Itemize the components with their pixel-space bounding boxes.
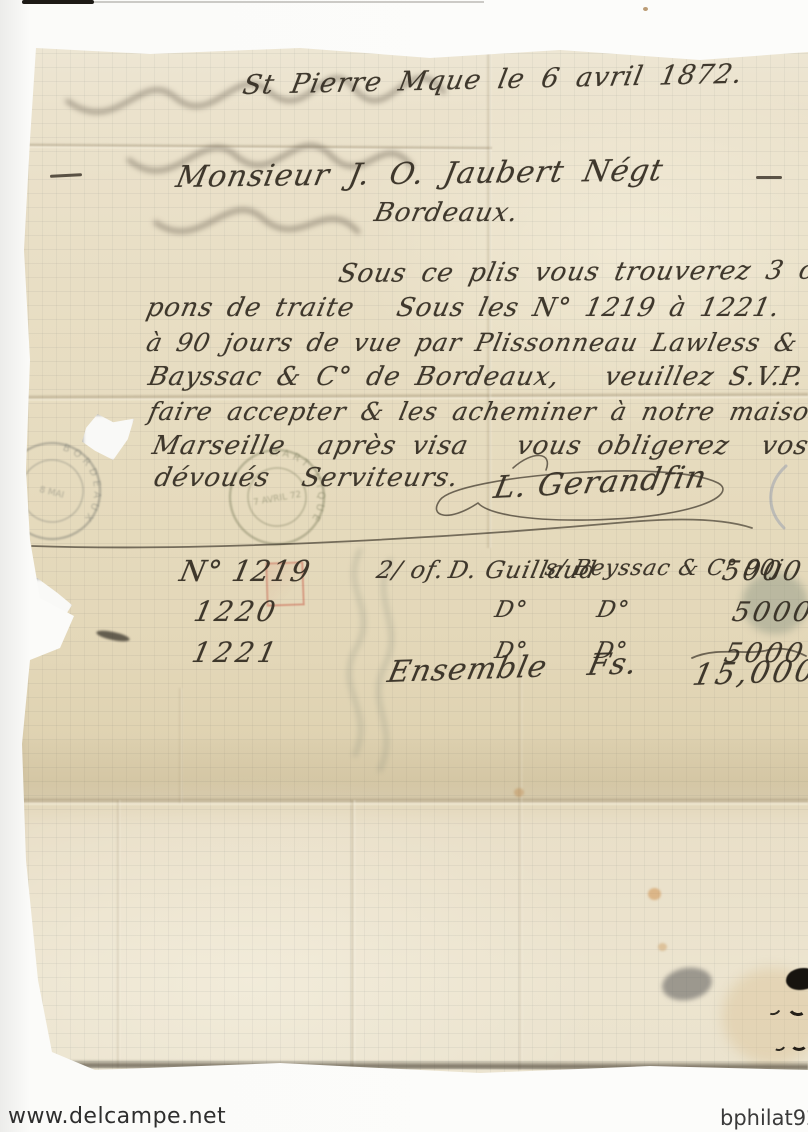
foxing-spot — [514, 788, 524, 797]
watermark-delcampe: www.delcampe.net — [8, 1104, 226, 1129]
pen-dash-right — [756, 176, 782, 179]
paper-tear-hole-upper — [82, 414, 134, 460]
fold-band-dark — [20, 740, 808, 800]
ghost-showthrough-column — [300, 540, 440, 780]
watermark-bphilat: bphilat92 — [720, 1106, 808, 1130]
signature-underline — [28, 498, 760, 553]
ditto-mark: D° — [492, 638, 529, 664]
draft-number: 1220 — [191, 595, 281, 628]
body-line-5: faire accepter & les acheminer à notre m… — [146, 397, 808, 426]
draft-amount: 5000 — [719, 556, 806, 587]
ghost-showthrough-writing — [30, 30, 481, 294]
svg-text:BORDEAUX: BORDEAUX — [46, 442, 114, 528]
fold-crease-vertical-1 — [486, 48, 492, 548]
ditto-mark: D° — [594, 597, 631, 623]
ditto-mark: D° — [592, 638, 629, 664]
draft-number: N° 1219 — [177, 554, 314, 588]
black-ink-blob — [786, 968, 808, 990]
fold-crease-horizontal-1 — [22, 142, 492, 151]
postmark-left-circle: BORDEAUX 8 MAI — [0, 425, 122, 560]
rust-speck — [643, 7, 648, 11]
scanned-letter-background: BORDEAUX 8 MAI MARTINIQUE 7 AVRIL 72 St … — [0, 0, 808, 1132]
body-line-1: Sous ce plis vous trouverez 3 cou — [336, 255, 808, 289]
dark-crescent-mark — [787, 998, 808, 1017]
stamp-showthrough-blob — [742, 572, 808, 634]
fold-crease-vertical-2 — [350, 800, 356, 1068]
draft-number: 1221 — [189, 636, 283, 669]
dark-crescent-mark — [764, 1000, 783, 1017]
draft-rate: 2/ of. — [374, 556, 447, 584]
postmark-martinique-circle: MARTINIQUE 7 AVRIL 72 — [218, 438, 336, 556]
signature-flourish — [418, 448, 748, 543]
fold-crease-vertical-3 — [518, 640, 523, 1070]
dark-crescent-mark — [790, 1036, 808, 1051]
body-line-4: Bayssac & C° de Bordeaux, veuillez S.V.P… — [146, 362, 808, 392]
tan-stain-large — [722, 968, 808, 1064]
svg-text:8 MAI: 8 MAI — [38, 485, 65, 501]
total-label: Ensemble Fs. — [385, 646, 642, 690]
scan-edge-mark-faint — [94, 1, 484, 3]
blue-pencil-arc — [758, 462, 792, 532]
dark-crescent-mark — [771, 1036, 788, 1052]
fold-crease-vertical-5 — [178, 688, 183, 803]
fold-crease-vertical-4 — [116, 800, 121, 1068]
total-overline-squiggle — [688, 642, 808, 664]
body-line-2: pons de traite Sous les N° 1219 à 1221. … — [144, 293, 808, 323]
letter-paper: BORDEAUX 8 MAI MARTINIQUE 7 AVRIL 72 St … — [0, 0, 808, 1132]
body-line-3: à 90 jours de vue par Plissonneau Lawles… — [144, 328, 808, 357]
tear-shadow-mark — [96, 629, 131, 644]
draft-amount: 5000 — [729, 597, 808, 628]
draft-drawee: s/ Beyssac & C° 90j — [543, 556, 786, 581]
draft-amount: 5000 — [721, 638, 808, 669]
addressee-name: Monsieur J. O. Jaubert Négt — [173, 153, 666, 195]
pen-dash-left — [50, 173, 82, 178]
dateline: St Pierre Mque le 6 avril 1872. — [240, 59, 745, 101]
grey-smudge — [660, 964, 715, 1004]
addressee-city: Bordeaux. — [372, 198, 522, 228]
fold-crease-horizontal-2 — [20, 392, 808, 402]
foxing-spot — [648, 888, 661, 900]
paper-bottom-edge-shadow — [18, 1059, 808, 1070]
foxing-spot — [658, 943, 667, 951]
paper-tear-hole-lower — [14, 578, 72, 638]
scan-edge-mark — [22, 0, 94, 4]
ditto-mark: D° — [492, 597, 529, 623]
body-line-7: dévoués Serviteurs. — [152, 463, 462, 493]
total-amount: 15,000 — [690, 654, 808, 693]
svg-text:7 AVRIL 72: 7 AVRIL 72 — [253, 490, 303, 508]
red-boxed-stamp — [265, 561, 305, 606]
fold-crease-horizontal-3 — [18, 797, 808, 806]
signature: L. Gerandfin — [491, 459, 710, 506]
draft-drawer: D. Guillaud — [446, 556, 599, 584]
body-line-6: Marseille après visa vous obligerez vos … — [150, 431, 808, 461]
svg-text:MARTINIQUE: MARTINIQUE — [268, 440, 332, 532]
